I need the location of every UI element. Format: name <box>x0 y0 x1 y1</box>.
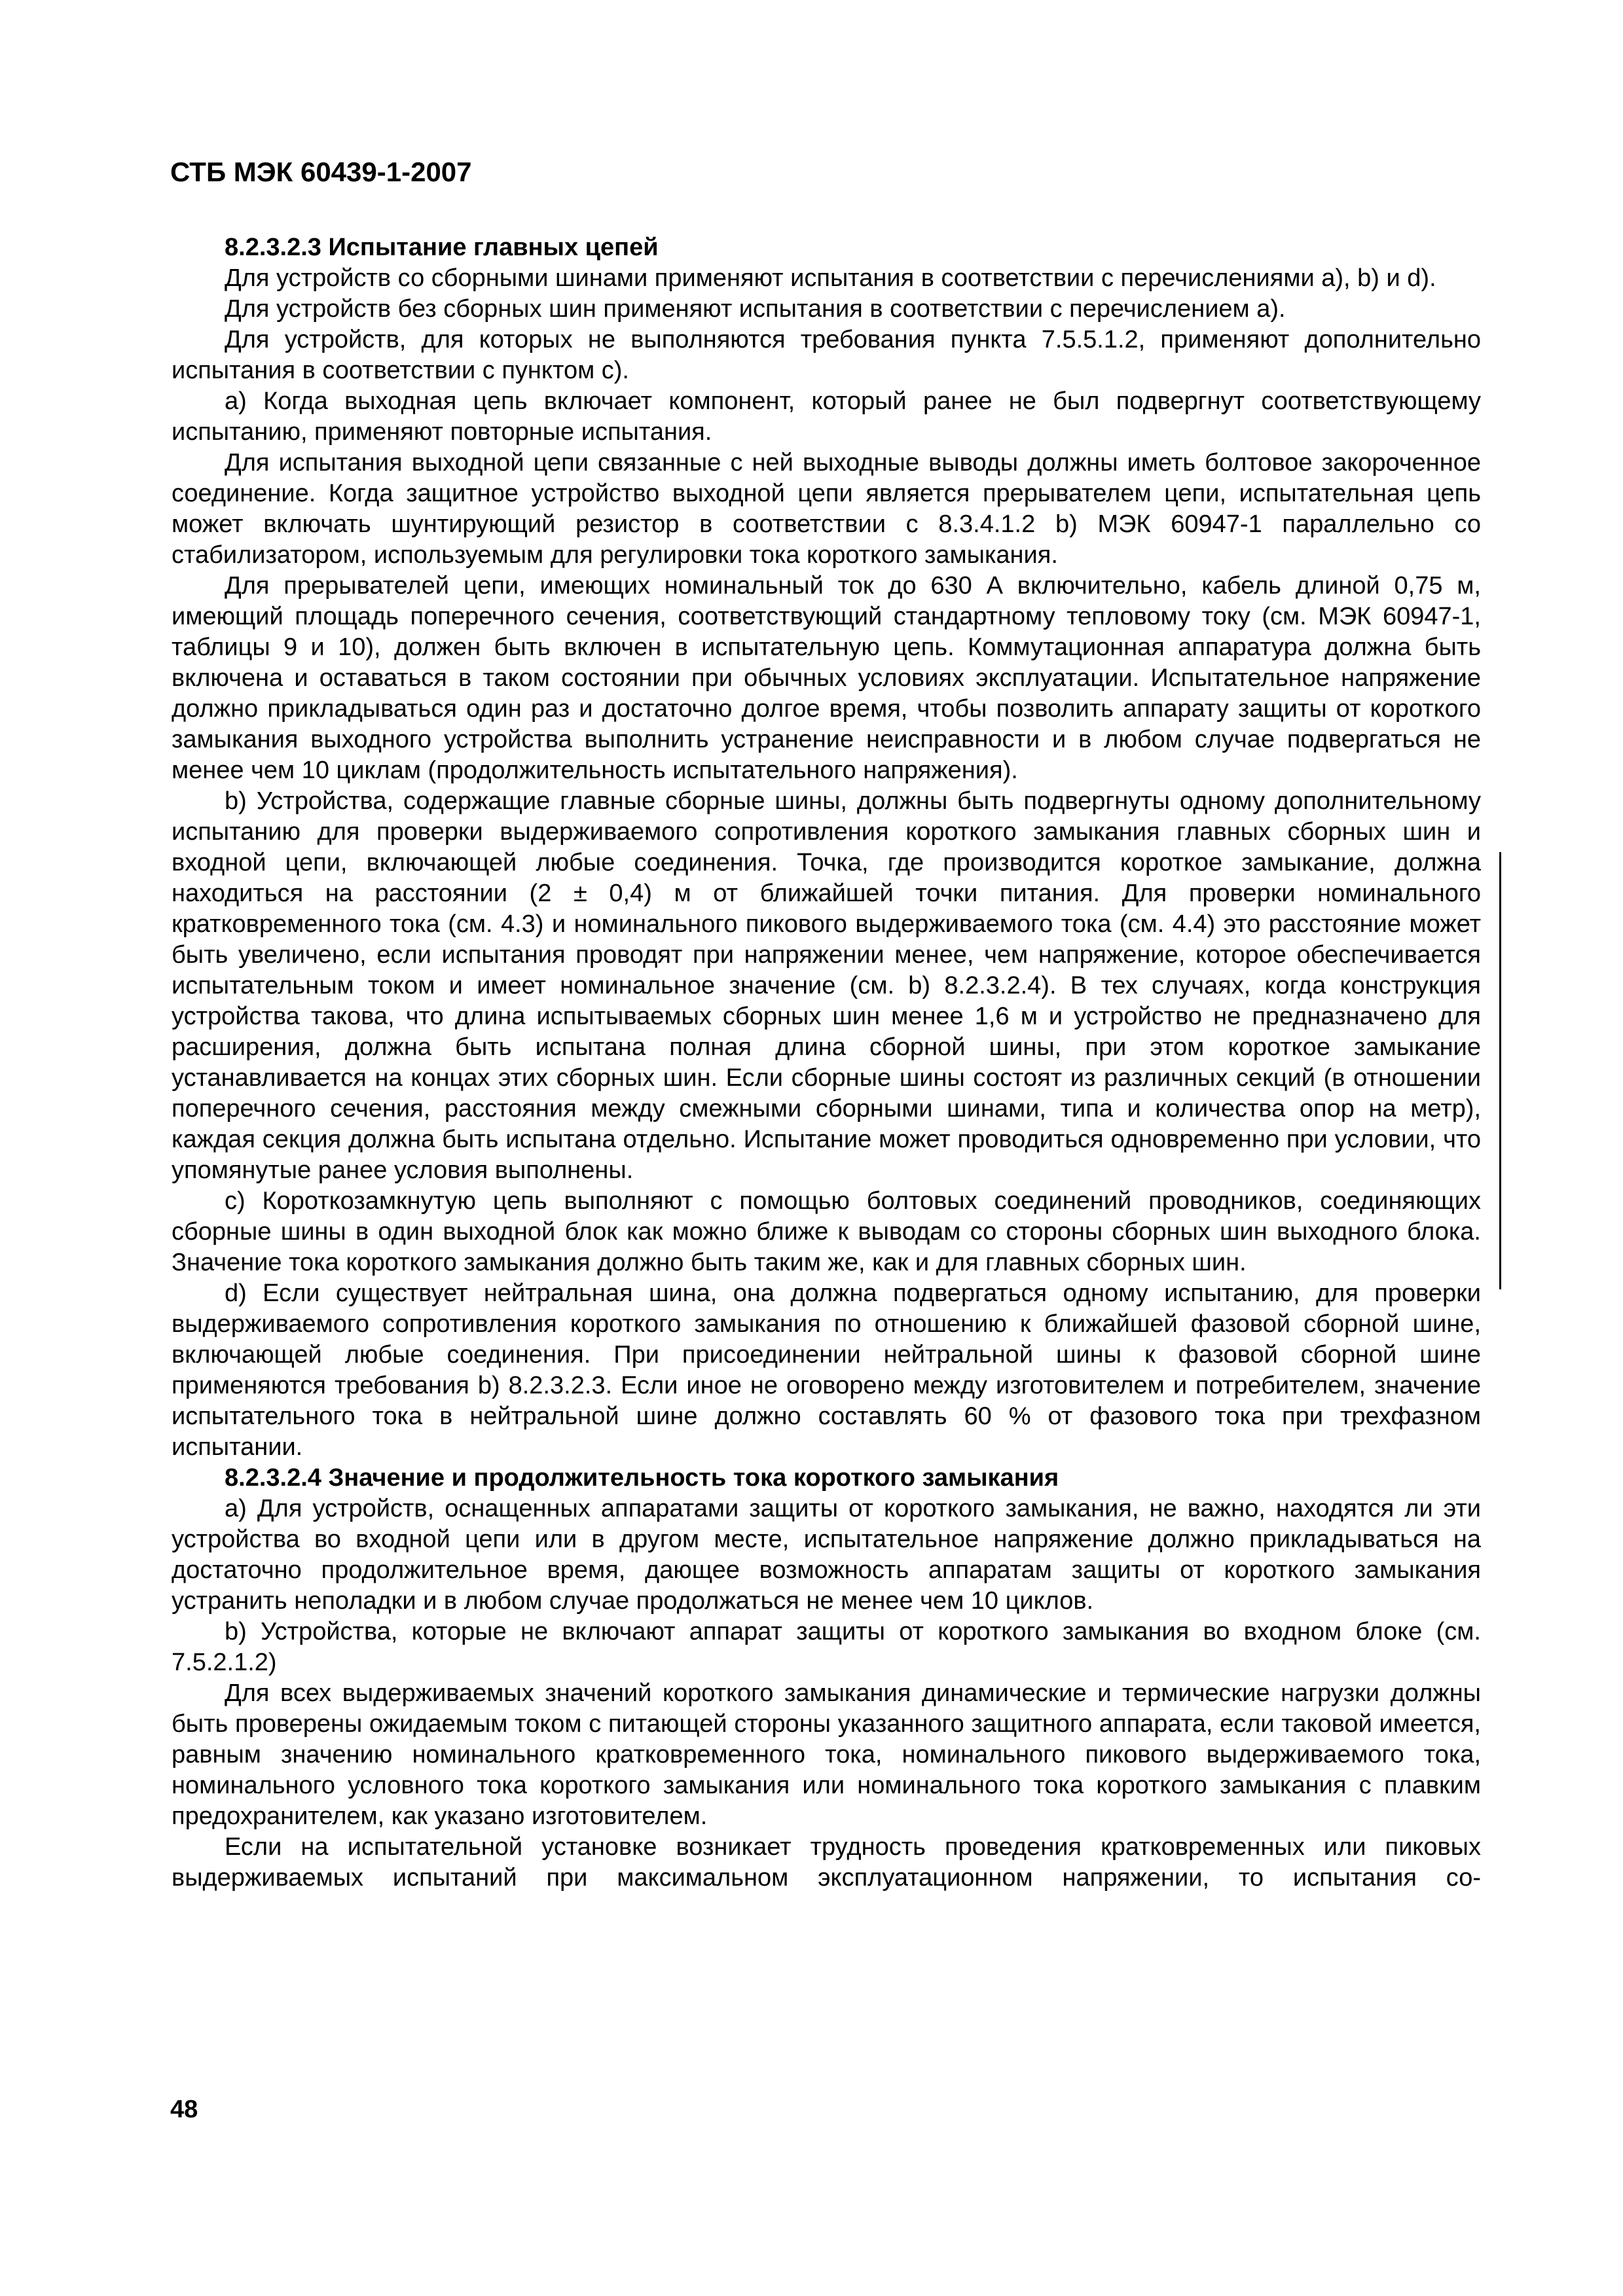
paragraph: Для устройств, для которых не выполняютс… <box>172 325 1481 386</box>
page-number: 48 <box>170 2094 198 2125</box>
paragraph: Для прерывателей цепи, имеющих номинальн… <box>172 571 1481 786</box>
paragraph: Для испытания выходной цепи связанные с … <box>172 448 1481 571</box>
paragraph: Для всех выдерживаемых значений коротког… <box>172 1678 1481 1832</box>
paragraph-item-d: d) Если существует нейтральная шина, она… <box>172 1278 1481 1463</box>
document-header: СТБ МЭК 60439-1-2007 <box>170 156 472 188</box>
paragraph-item-c: c) Короткозамкнутую цепь выполняют с пом… <box>172 1186 1481 1278</box>
paragraph-item-b: b) Устройства, которые не включают аппар… <box>172 1617 1481 1678</box>
paragraph-item-a: a) Когда выходная цепь включает компонен… <box>172 386 1481 448</box>
paragraph: Для устройств без сборных шин применяют … <box>172 294 1481 325</box>
paragraph-item-a: a) Для устройств, оснащенных аппаратами … <box>172 1494 1481 1617</box>
paragraph-continued: Если на испытательной установке возникае… <box>172 1832 1481 1893</box>
section-heading-8-2-3-2-3: 8.2.3.2.3 Испытание главных цепей <box>172 232 1481 263</box>
paragraph-item-b: b) Устройства, содержащие главные сборны… <box>172 786 1481 1186</box>
page-content: 8.2.3.2.3 Испытание главных цепей Для ус… <box>172 232 1481 1893</box>
section-heading-8-2-3-2-4: 8.2.3.2.4 Значение и продолжительность т… <box>172 1463 1481 1494</box>
paragraph: Для устройств со сборными шинами применя… <box>172 263 1481 294</box>
change-bar <box>1499 852 1501 1289</box>
